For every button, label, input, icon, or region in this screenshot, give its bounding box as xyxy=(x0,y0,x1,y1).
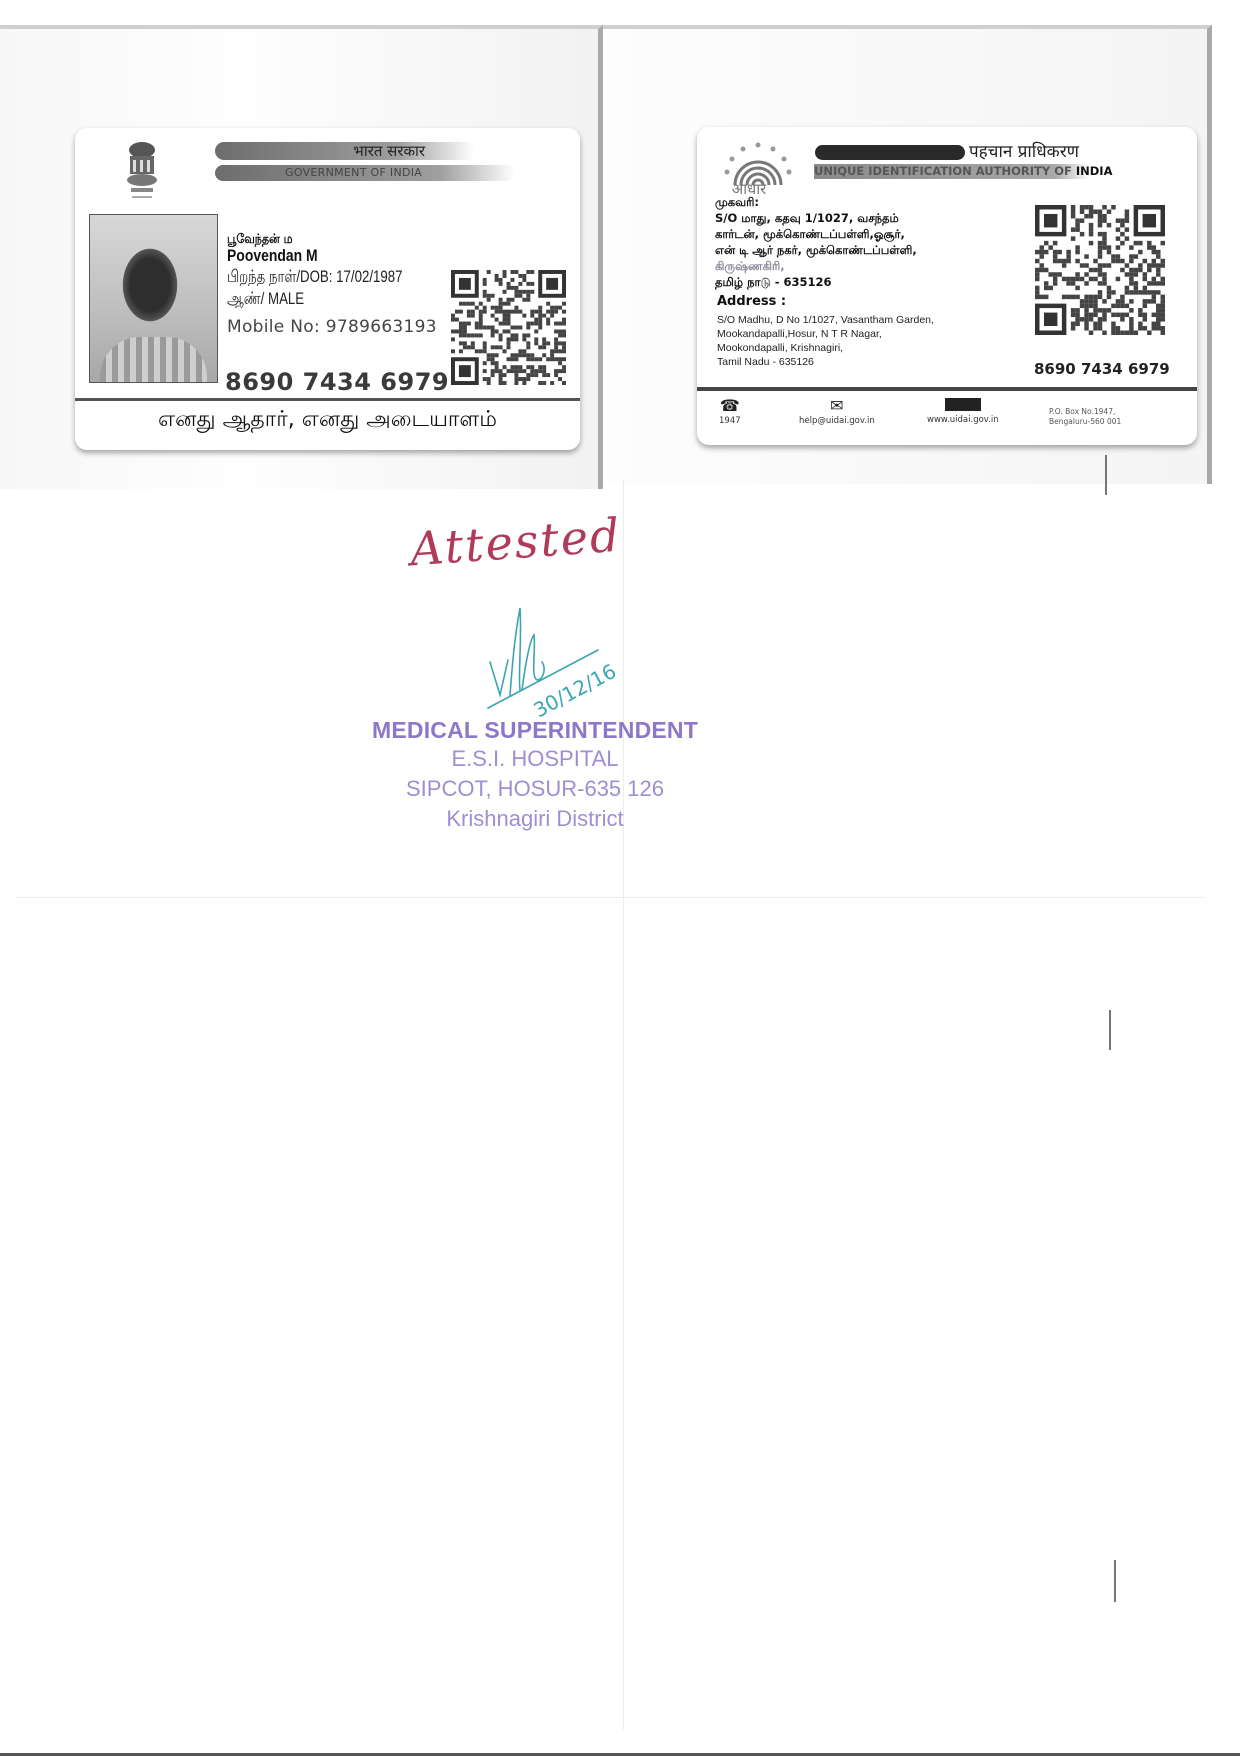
qr-code xyxy=(1035,205,1165,335)
header-english: GOVERNMENT OF INDIA xyxy=(215,165,515,181)
address-line: Tamil Nadu - 635126 xyxy=(717,355,1017,369)
gender-label: ஆண்/ xyxy=(227,289,264,308)
redacted-text xyxy=(815,145,965,160)
stamp-line: E.S.I. HOSPITAL xyxy=(365,744,705,774)
address-english: S/O Madhu, D No 1/1027, Vasantham Garden… xyxy=(717,313,1017,369)
aadhaar-front-card: भारत सरकार GOVERNMENT OF INDIA பூவேந்தன்… xyxy=(75,128,580,450)
aadhaar-number: 8690 7434 6979 xyxy=(225,368,449,396)
stamp-line: MEDICAL SUPERINTENDENT xyxy=(365,717,705,744)
date-of-birth: பிறந்த நாள்/DOB: 17/02/1987 xyxy=(227,267,403,289)
address-tamil-line: என் டி ஆர் நகர், மூக்கொண்டப்பள்ளி, xyxy=(715,242,1015,258)
address-label: Address : xyxy=(717,294,786,309)
address-line: Mookondapalli, Krishnagiri, xyxy=(717,341,1017,355)
mobile-value: 9789663193 xyxy=(326,317,437,337)
svg-text:30/12/16: 30/12/16 xyxy=(530,659,621,720)
dob-label: பிறந்த நாள்/DOB: xyxy=(227,267,332,286)
dob-value: 17/02/1987 xyxy=(336,267,402,286)
scan-mark xyxy=(1105,455,1107,495)
address-tamil-line: கிருஷ்ணகிரி, xyxy=(715,258,1015,274)
tagline-tamil: எனது ஆதார், எனது அடையாளம் xyxy=(75,407,580,435)
header-english: UNIQUE IDENTIFICATION AUTHORITY OF INDIA xyxy=(814,164,1114,179)
address-line: Mookandapalli,Hosur, N T R Nagar, xyxy=(717,327,1017,341)
card-divider xyxy=(697,387,1197,391)
address-tamil: முகவரி: S/O மாது, கதவு 1/1027, வசந்தம் க… xyxy=(715,194,1015,290)
aadhaar-back-card: आधार पहचान प्राधिकरण UNIQUE IDENTIFICATI… xyxy=(697,127,1197,445)
address-tamil-label: முகவரி: xyxy=(715,194,1015,210)
footer-website: www.uidai.gov.in xyxy=(927,398,999,425)
phone-icon: ☎ xyxy=(719,398,741,414)
scan-mark xyxy=(1109,1010,1111,1050)
stamp-line: Krishnagiri District xyxy=(365,804,705,834)
footer-phone: ☎ 1947 xyxy=(719,398,741,426)
footer-email: ✉ help@uidai.gov.in xyxy=(799,398,875,426)
web-icon xyxy=(945,398,981,411)
footer-po-box: P.O. Box No.1947, Bengaluru-560 001 xyxy=(1049,407,1121,427)
official-stamp: MEDICAL SUPERINTENDENT E.S.I. HOSPITAL S… xyxy=(365,717,705,834)
address-tamil-line: கார்டன், மூக்கொண்டப்பள்ளி,ஓசூர், xyxy=(715,226,1015,242)
card-divider xyxy=(75,398,580,401)
stamp-line: SIPCOT, HOSUR-635 126 xyxy=(365,774,705,804)
mobile-label: Mobile No: xyxy=(227,317,320,337)
header-hindi: पहचान प्राधिकरण xyxy=(815,139,1079,162)
scan-mark xyxy=(1114,1560,1116,1602)
name-english: Poovendan M xyxy=(227,246,412,266)
holder-photo xyxy=(89,214,218,383)
qr-code xyxy=(450,270,567,385)
gender: ஆண்/ MALE xyxy=(227,289,403,311)
address-tamil-line: தமிழ் நாடு - 635126 xyxy=(715,274,1015,290)
fold-line xyxy=(15,897,1205,898)
envelope-icon: ✉ xyxy=(799,398,875,414)
signature: 30/12/16 xyxy=(480,600,630,720)
national-emblem-icon xyxy=(122,140,162,202)
address-line: S/O Madhu, D No 1/1027, Vasantham Garden… xyxy=(717,313,1017,327)
mobile-number: Mobile No: 9789663193 xyxy=(227,317,452,337)
header-hindi: भारत सरकार xyxy=(215,142,475,160)
address-tamil-line: S/O மாது, கதவு 1/1027, வசந்தம் xyxy=(715,210,1015,226)
handwritten-attested: Attested xyxy=(408,508,623,577)
gender-value: MALE xyxy=(268,289,304,308)
aadhaar-number: 8690 7434 6979 xyxy=(1034,360,1170,378)
